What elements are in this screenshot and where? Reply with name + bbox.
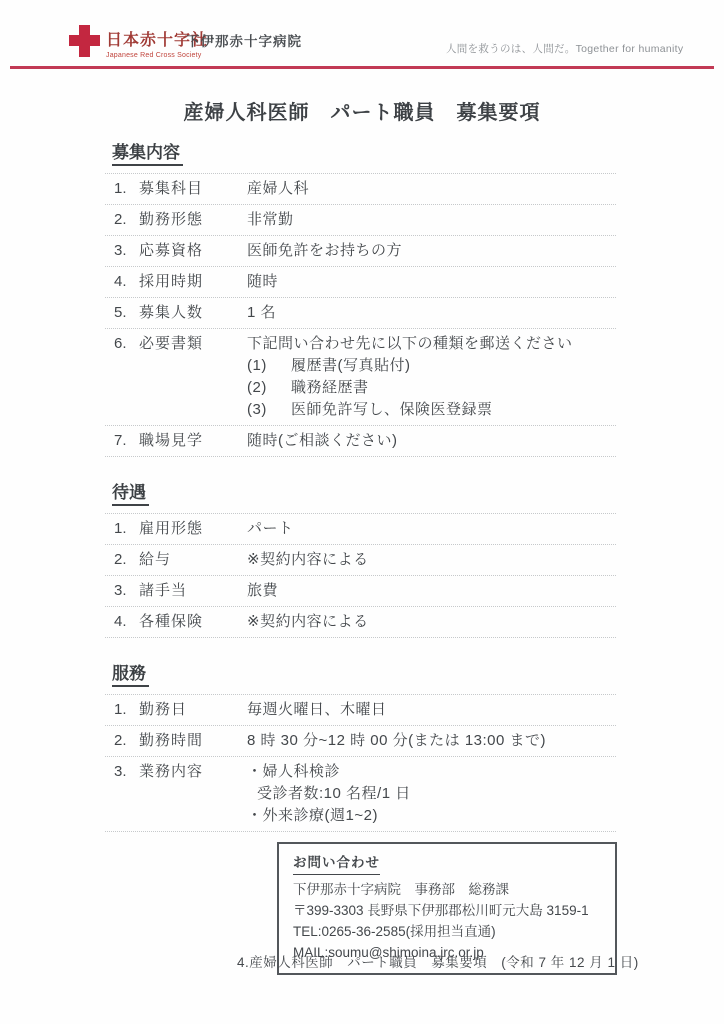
document-item-text: 履歴書(写真貼付) <box>291 355 411 377</box>
row-value: ・婦人科検診 受診者数:10 名程/1 日 ・外来診療(週1~2) <box>247 761 616 827</box>
table-row: 1. 雇用形態 パート <box>105 513 616 544</box>
row-value: 毎週火曜日、木曜日 <box>247 699 616 721</box>
row-value: 1 名 <box>247 302 616 324</box>
row-value-line: ・外来診療(週1~2) <box>247 805 616 827</box>
red-cross-icon <box>69 25 100 57</box>
row-value: 随時(ご相談ください) <box>247 430 616 452</box>
table-row: 3. 諸手当 旅費 <box>105 575 616 606</box>
document-item-number: (1) <box>247 355 291 377</box>
section-recruitment-details: 募集内容 1. 募集科目 産婦人科 2. 勤務形態 非常勤 3. 応募資格 医師… <box>105 138 616 457</box>
header-rule <box>10 66 714 69</box>
table-row: 3. 応募資格 医師免許をお持ちの方 <box>105 235 616 266</box>
row-value: 産婦人科 <box>247 178 616 200</box>
section-rows: 1. 勤務日 毎週火曜日、木曜日 2. 勤務時間 8 時 30 分~12 時 0… <box>105 694 616 832</box>
section-heading: 服務 <box>112 659 149 687</box>
document-item: (1) 履歴書(写真貼付) <box>247 355 616 377</box>
section-rows: 1. 雇用形態 パート 2. 給与 ※契約内容による 3. 諸手当 旅費 4. … <box>105 513 616 638</box>
row-label: 業務内容 <box>139 761 247 827</box>
row-number: 7. <box>105 430 139 452</box>
row-label: 勤務日 <box>139 699 247 721</box>
row-value-line: 受診者数:10 名程/1 日 <box>247 783 616 805</box>
row-label: 諸手当 <box>139 580 247 602</box>
row-number: 2. <box>105 209 139 231</box>
row-number: 1. <box>105 178 139 200</box>
row-number: 6. <box>105 333 139 421</box>
document-item-number: (3) <box>247 399 291 421</box>
section-benefits: 待遇 1. 雇用形態 パート 2. 給与 ※契約内容による 3. 諸手当 旅費 <box>105 478 616 638</box>
document-item-text: 職務経歴書 <box>291 377 369 399</box>
row-label: 給与 <box>139 549 247 571</box>
row-value-line: 下記問い合わせ先に以下の種類を郵送ください <box>247 333 616 355</box>
row-value: 下記問い合わせ先に以下の種類を郵送ください (1) 履歴書(写真貼付) (2) … <box>247 333 616 421</box>
row-label: 勤務形態 <box>139 209 247 231</box>
section-heading: 待遇 <box>112 478 149 506</box>
row-label: 応募資格 <box>139 240 247 262</box>
row-label: 勤務時間 <box>139 730 247 752</box>
table-row: 1. 勤務日 毎週火曜日、木曜日 <box>105 694 616 725</box>
red-cross-horizontal-bar <box>69 35 100 46</box>
contact-phone: TEL:0265-36-2585(採用担当直通) <box>293 921 601 942</box>
row-number: 1. <box>105 699 139 721</box>
table-row: 2. 勤務時間 8 時 30 分~12 時 00 分(または 13:00 まで) <box>105 725 616 756</box>
row-value: ※契約内容による <box>247 549 616 571</box>
document-item-number: (2) <box>247 377 291 399</box>
table-row: 1. 募集科目 産婦人科 <box>105 173 616 204</box>
table-row: 5. 募集人数 1 名 <box>105 297 616 328</box>
table-row: 4. 各種保険 ※契約内容による <box>105 606 616 637</box>
table-row: 2. 勤務形態 非常勤 <box>105 204 616 235</box>
contact-address: 〒399-3303 長野県下伊那郡松川町元大島 3159-1 <box>293 900 601 921</box>
contact-heading: お問い合わせ <box>293 852 380 875</box>
row-value: 8 時 30 分~12 時 00 分(または 13:00 まで) <box>247 730 616 752</box>
page-title: 産婦人科医師 パート職員 募集要項 <box>0 96 724 125</box>
document-item-text: 医師免許写し、保険医登録票 <box>291 399 493 421</box>
row-number: 3. <box>105 240 139 262</box>
document-body: 募集内容 1. 募集科目 産婦人科 2. 勤務形態 非常勤 3. 応募資格 医師… <box>105 138 616 975</box>
row-number: 3. <box>105 761 139 827</box>
section-heading: 募集内容 <box>112 138 183 166</box>
row-number: 2. <box>105 549 139 571</box>
row-value: ※契約内容による <box>247 611 616 633</box>
section-rows: 1. 募集科目 産婦人科 2. 勤務形態 非常勤 3. 応募資格 医師免許をお持… <box>105 173 616 457</box>
table-row: 6. 必要書類 下記問い合わせ先に以下の種類を郵送ください (1) 履歴書(写真… <box>105 328 616 425</box>
table-row: 3. 業務内容 ・婦人科検診 受診者数:10 名程/1 日 ・外来診療(週1~2… <box>105 756 616 831</box>
row-number: 1. <box>105 518 139 540</box>
section-work-rules: 服務 1. 勤務日 毎週火曜日、木曜日 2. 勤務時間 8 時 30 分~12 … <box>105 659 616 832</box>
row-value: 旅費 <box>247 580 616 602</box>
hospital-name: 下伊那赤十字病院 <box>186 30 302 50</box>
row-label: 職場見学 <box>139 430 247 452</box>
document-page: 日本赤十字社 Japanese Red Cross Society 下伊那赤十字… <box>0 0 724 1024</box>
document-item: (3) 医師免許写し、保険医登録票 <box>247 399 616 421</box>
row-value: 非常勤 <box>247 209 616 231</box>
row-number: 5. <box>105 302 139 324</box>
row-label: 募集科目 <box>139 178 247 200</box>
org-subtitle: Japanese Red Cross Society <box>106 52 208 59</box>
row-label: 募集人数 <box>139 302 247 324</box>
row-value: パート <box>247 518 616 540</box>
contact-department: 下伊那赤十字病院 事務部 総務課 <box>293 879 601 900</box>
row-value: 随時 <box>247 271 616 293</box>
row-number: 2. <box>105 730 139 752</box>
row-label: 雇用形態 <box>139 518 247 540</box>
row-label: 採用時期 <box>139 271 247 293</box>
table-row: 7. 職場見学 随時(ご相談ください) <box>105 425 616 456</box>
row-number: 3. <box>105 580 139 602</box>
footer-note: 4.産婦人科医師 パート職員 募集要項 (令和 7 年 12 月 1 日) <box>237 951 639 971</box>
tagline: 人間を救うのは、人間だ。Together for humanity <box>446 41 683 56</box>
document-item: (2) 職務経歴書 <box>247 377 616 399</box>
row-value-line: ・婦人科検診 <box>247 761 616 783</box>
row-value: 医師免許をお持ちの方 <box>247 240 616 262</box>
row-label: 各種保険 <box>139 611 247 633</box>
table-row: 4. 採用時期 随時 <box>105 266 616 297</box>
table-row: 2. 給与 ※契約内容による <box>105 544 616 575</box>
row-number: 4. <box>105 611 139 633</box>
row-label: 必要書類 <box>139 333 247 421</box>
row-number: 4. <box>105 271 139 293</box>
